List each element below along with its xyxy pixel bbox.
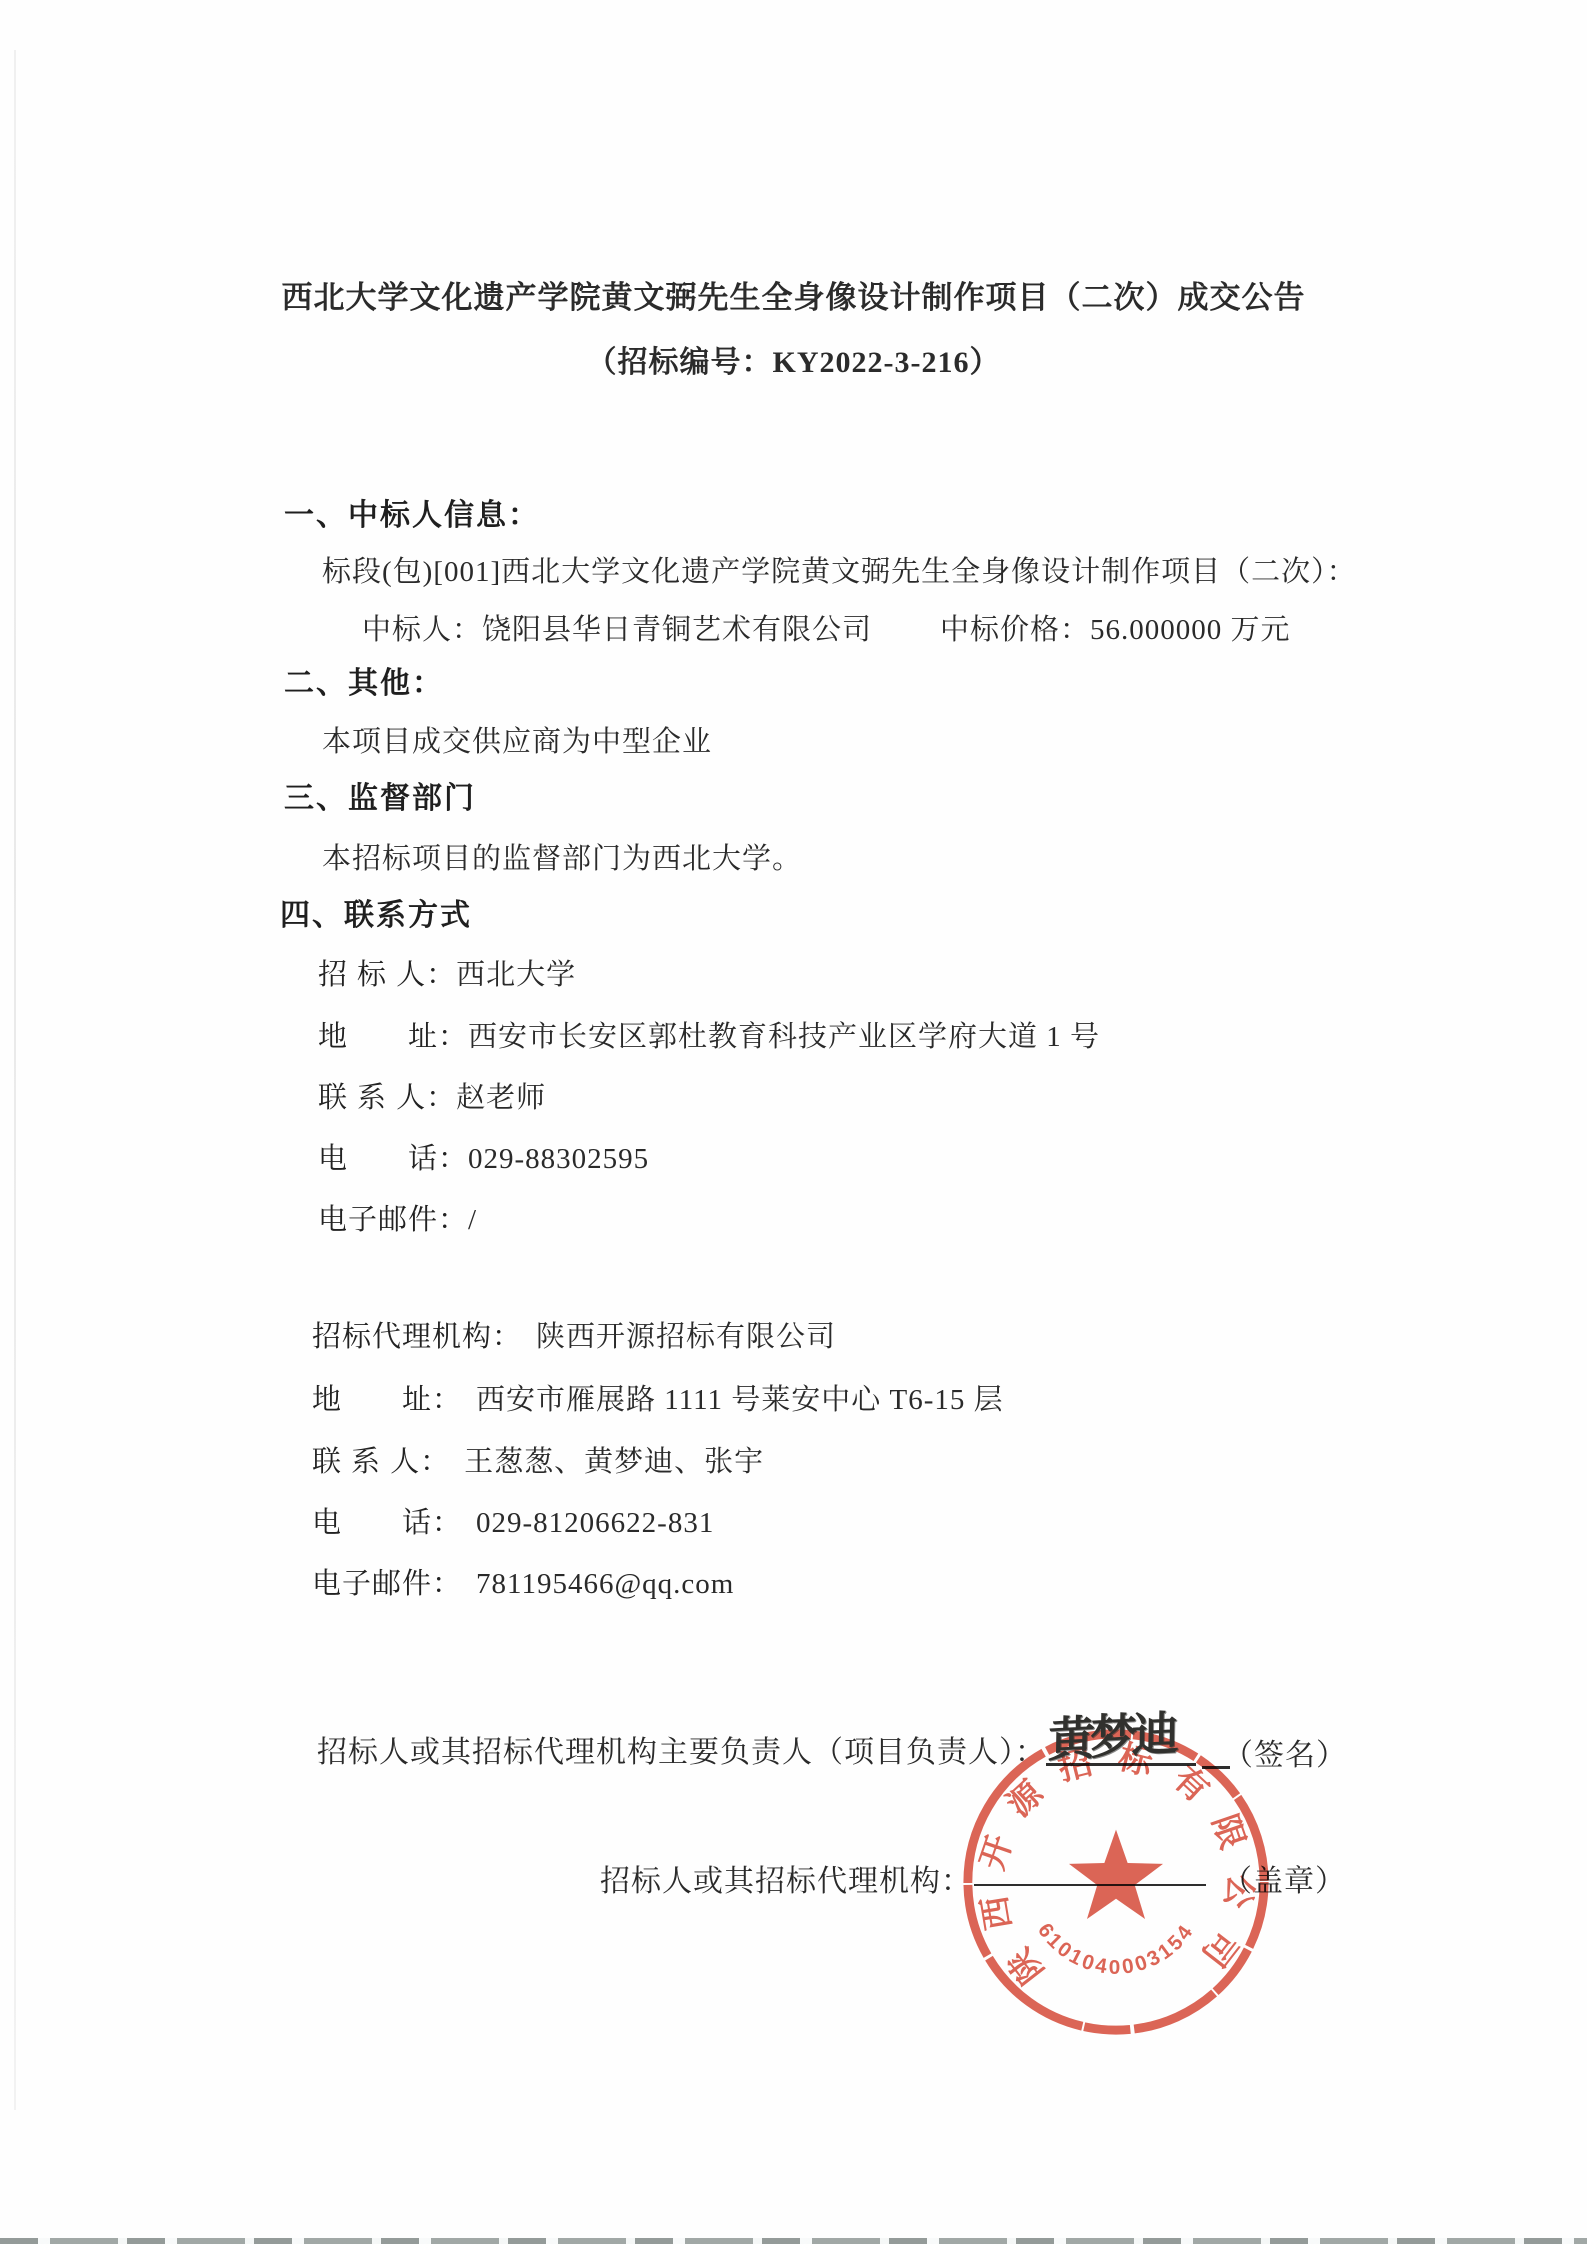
page-title: 西北大学文化遗产学院黄文弼先生全身像设计制作项目（二次）成交公告: [0, 272, 1587, 317]
contact-value: 西北大学: [456, 959, 576, 991]
contact-label: 招标代理机构：: [312, 1314, 522, 1355]
contact-label: 地 址：: [312, 1377, 462, 1418]
company-seal: 陕西开源招标有限公司 6101040003154: [958, 1724, 1274, 2040]
winner-name: 中标人：饶阳县华日青铜艺术有限公司: [362, 614, 872, 646]
contact-row: 招标代理机构：陕西开源招标有限公司: [312, 1314, 836, 1355]
contact-value: /: [468, 1204, 477, 1236]
section-heading-other: 二、其他：: [284, 658, 444, 702]
agency-seal-line: 招标人或其招标代理机构：: [600, 1856, 972, 1900]
contact-value: 781195466@qq.com: [476, 1568, 734, 1600]
contact-row: 电子邮件：781195466@qq.com: [312, 1561, 734, 1602]
contact-label: 电 话：: [318, 1136, 468, 1177]
contact-row: 地 址：西安市长安区郭杜教育科技产业区学府大道 1 号: [318, 1014, 1100, 1055]
contact-row: 联 系 人：王葱葱、黄梦迪、张宇: [312, 1439, 764, 1480]
contact-value: 陕西开源招标有限公司: [536, 1321, 836, 1353]
contact-value: 王葱葱、黄梦迪、张宇: [464, 1446, 764, 1478]
principal-signature-line: 招标人或其招标代理机构主要负责人（项目负责人）：: [317, 1727, 1046, 1771]
section-heading-supervision: 三、监督部门: [284, 773, 476, 817]
contact-value: 029-81206622-831: [476, 1507, 714, 1539]
other-body: 本项目成交供应商为中型企业: [322, 719, 712, 760]
contact-label: 招 标 人：: [318, 952, 456, 993]
lot-line: 标段(包)[001]西北大学文化遗产学院黄文弼先生全身像设计制作项目（二次）：: [322, 549, 1357, 590]
winner-price: 中标价格：56.000000 万元: [940, 614, 1291, 646]
company-seal-graphic: 陕西开源招标有限公司 6101040003154: [958, 1724, 1274, 2040]
contact-label: 联 系 人：: [312, 1439, 450, 1480]
svg-text:6101040003154: 6101040003154: [1033, 1919, 1199, 1979]
contact-label: 地 址：: [318, 1014, 468, 1055]
seal-number-text: 6101040003154: [1033, 1919, 1199, 1979]
tender-number: （招标编号：KY2022-3-216）: [0, 337, 1587, 381]
signature-handwriting: 黄梦迪: [1048, 1697, 1175, 1771]
contact-row: 招 标 人：西北大学: [318, 952, 576, 993]
contact-label: 电子邮件：: [312, 1561, 462, 1602]
contact-row: 电 话：029-88302595: [318, 1136, 649, 1177]
winner-row: 中标人：饶阳县华日青铜艺术有限公司中标价格：56.000000 万元: [362, 607, 1291, 648]
contact-row: 电 话：029-81206622-831: [312, 1500, 714, 1541]
contact-row: 联 系 人：赵老师: [318, 1075, 546, 1116]
contact-row: 地 址：西安市雁展路 1111 号莱安中心 T6-15 层: [312, 1377, 1004, 1418]
section-heading-contact: 四、联系方式: [280, 890, 472, 934]
contact-value: 029-88302595: [468, 1143, 649, 1175]
contact-value: 赵老师: [456, 1082, 546, 1114]
contact-value: 西安市雁展路 1111 号莱安中心 T6-15 层: [476, 1384, 1004, 1416]
document-page: 西北大学文化遗产学院黄文弼先生全身像设计制作项目（二次）成交公告 （招标编号：K…: [0, 0, 1587, 2244]
supervision-body: 本招标项目的监督部门为西北大学。: [322, 836, 802, 877]
seal-star-icon: [1069, 1830, 1163, 1919]
scan-noise-strip: [0, 2238, 1587, 2244]
contact-row: 电子邮件：/: [318, 1197, 477, 1238]
section-heading-winner-info: 一、中标人信息：: [284, 490, 540, 534]
contact-value: 西安市长安区郭杜教育科技产业区学府大道 1 号: [468, 1021, 1100, 1053]
contact-label: 电 话：: [312, 1500, 462, 1541]
contact-label: 联 系 人：: [318, 1075, 456, 1116]
contact-label: 电子邮件：: [318, 1197, 468, 1238]
